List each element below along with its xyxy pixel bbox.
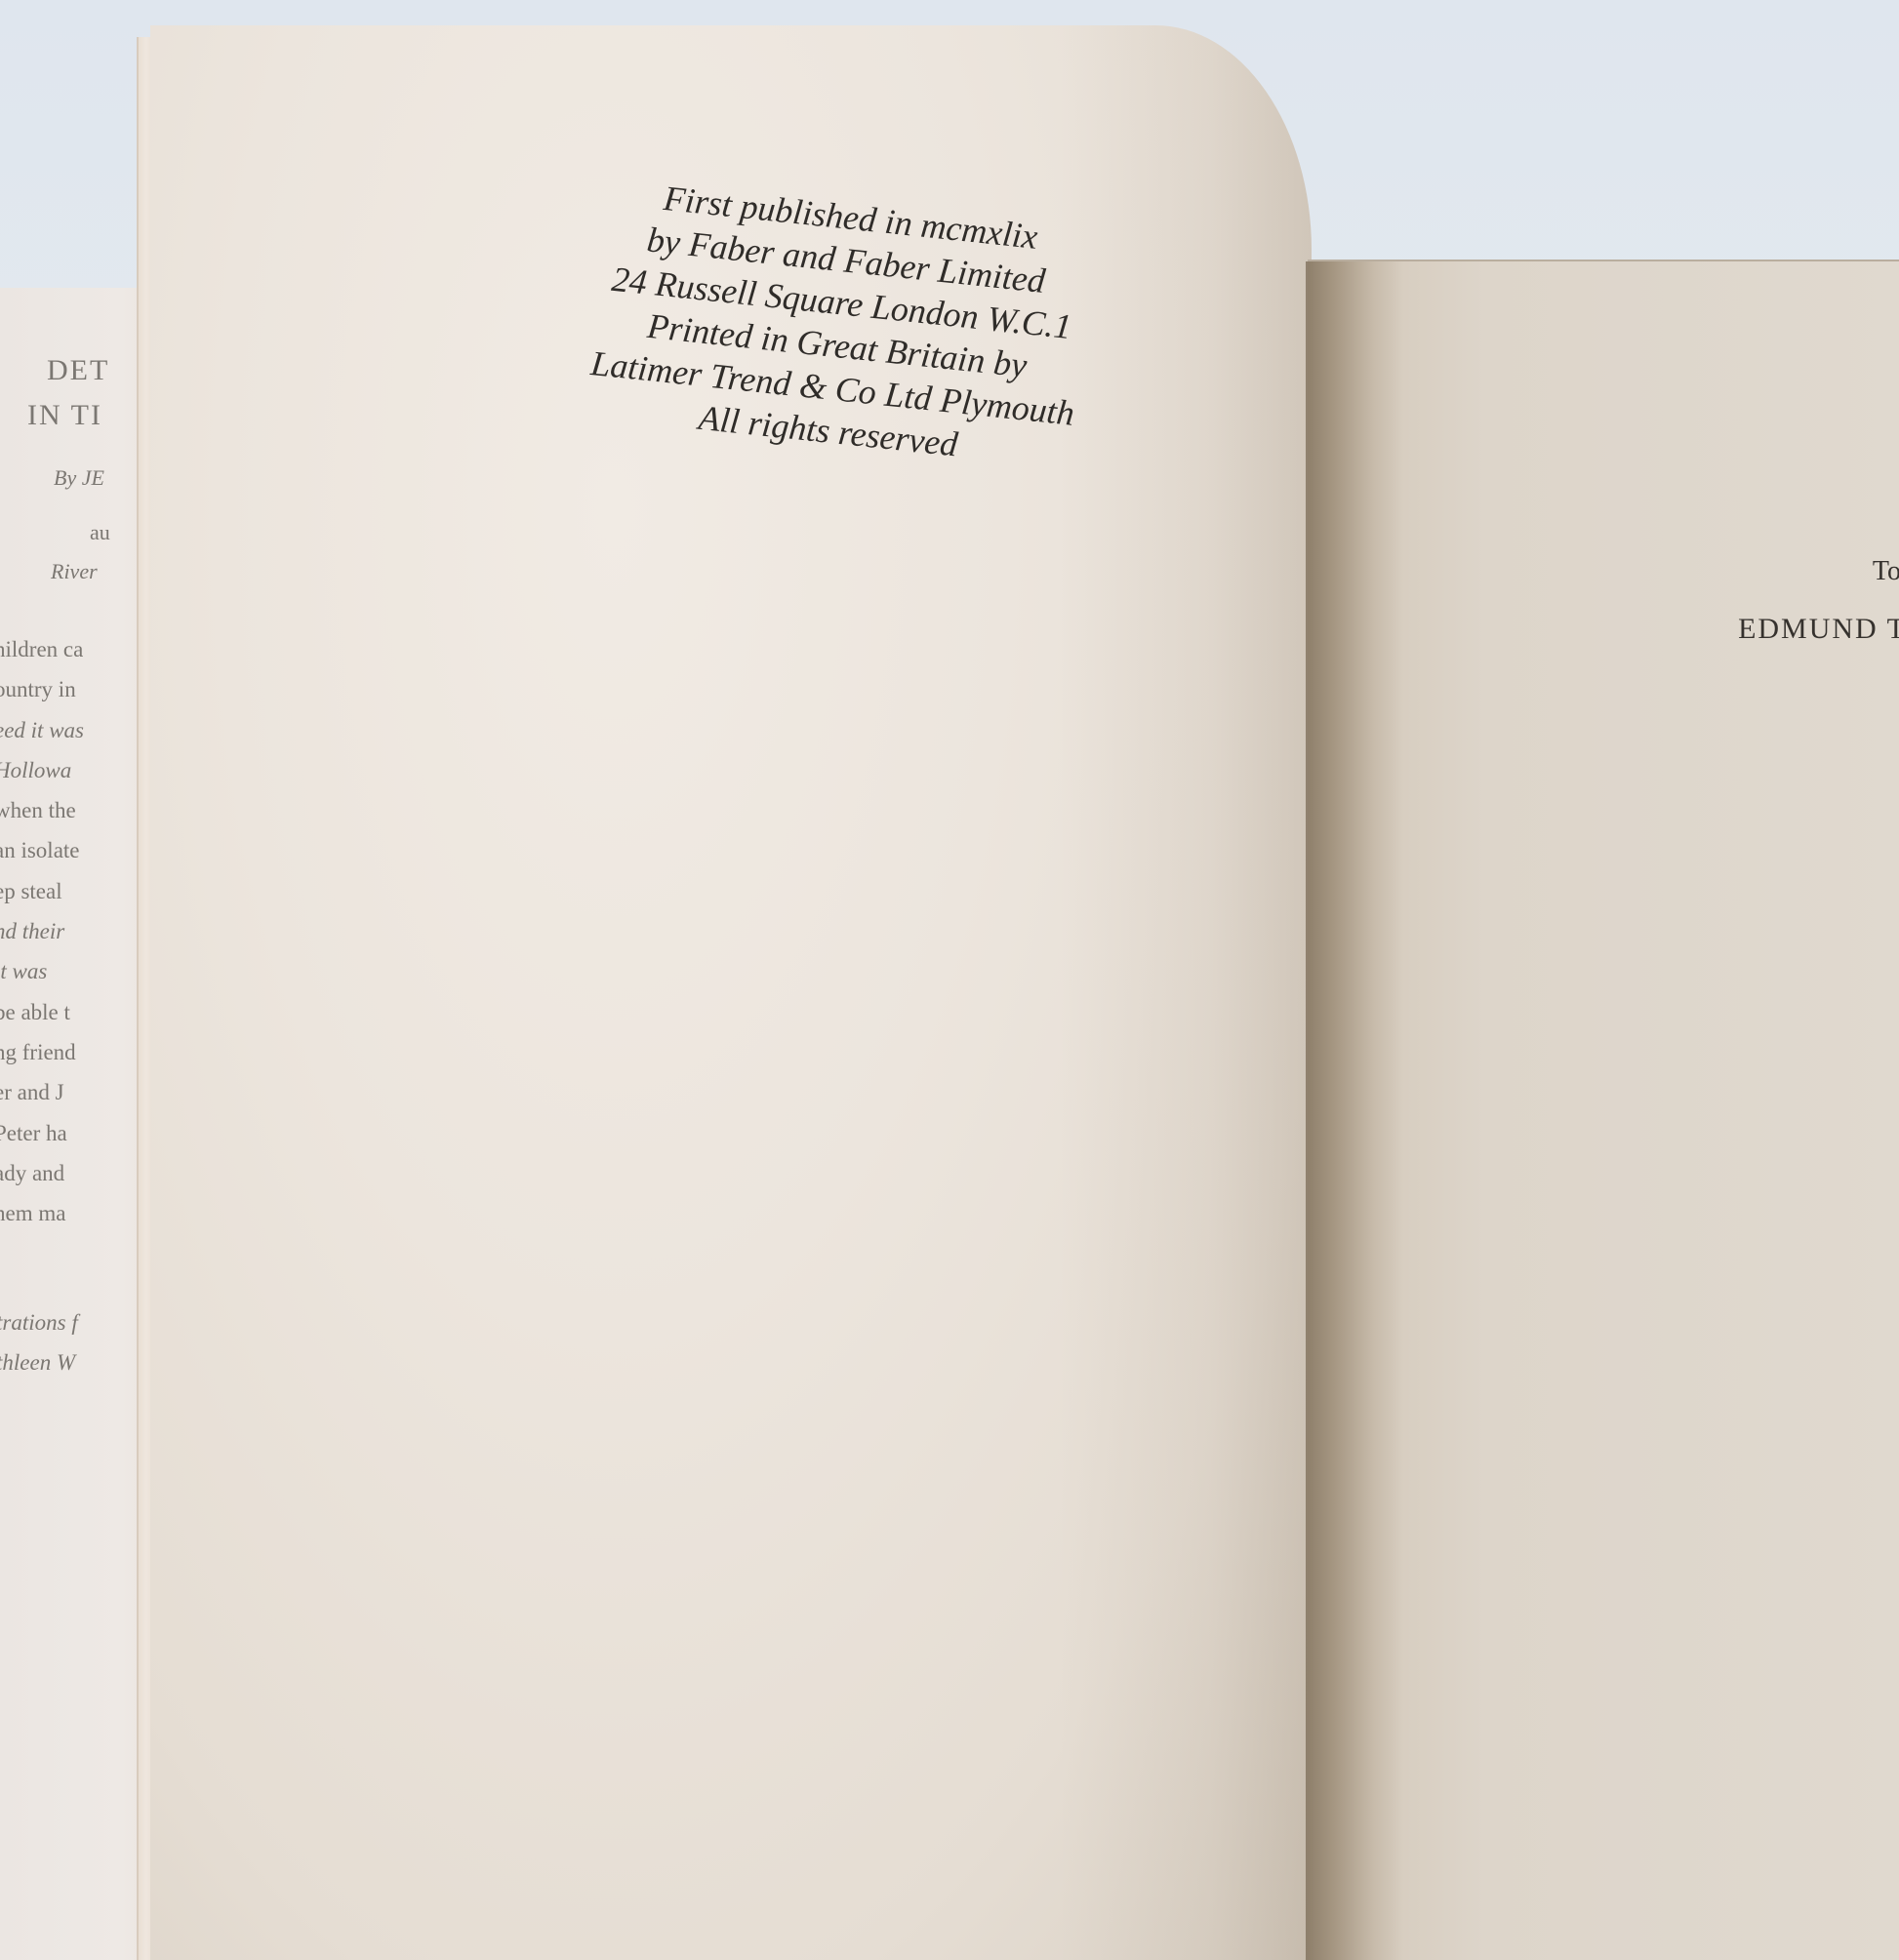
- colophon: First published in mcmxlix by Faber and …: [554, 168, 1125, 481]
- left-body-line: ep steal: [0, 871, 84, 911]
- left-body-line: Peter ha: [0, 1113, 84, 1153]
- left-body-line: hildren ca: [0, 629, 84, 669]
- left-credit: trations f thleen W: [0, 1302, 78, 1382]
- left-body-line: ountry in: [0, 669, 84, 709]
- left-body-line: er and J: [0, 1072, 84, 1112]
- left-body-line: ady and: [0, 1153, 84, 1193]
- left-body-line: Hollowa: [0, 750, 84, 790]
- left-body-line: eed it was: [0, 710, 84, 750]
- left-line-river: River: [51, 559, 98, 584]
- copyright-page-wrap: First published in mcmxlix by Faber and …: [94, 25, 1313, 1960]
- left-body-line: nd their: [0, 911, 84, 951]
- left-body-line: it was: [0, 951, 84, 991]
- left-body-line: ng friend: [0, 1032, 84, 1072]
- left-credit-line: trations f: [0, 1302, 78, 1342]
- left-body-line: an isolate: [0, 830, 84, 870]
- left-body-text: hildren ca ountry in eed it was Hollowa …: [0, 629, 84, 1233]
- dedication-to: To: [1873, 556, 1899, 587]
- left-title-line-2: IN TI: [27, 399, 102, 432]
- copyright-page: First published in mcmxlix by Faber and …: [150, 25, 1312, 1960]
- left-body-line: be able t: [0, 992, 84, 1032]
- dedication-name: EDMUND TI: [1738, 613, 1899, 646]
- left-credit-line: thleen W: [0, 1342, 78, 1382]
- left-body-line: when the: [0, 790, 84, 830]
- book-photo: DET IN TI By JE au River hildren ca ount…: [0, 0, 1899, 1960]
- book-gutter-shadow: [1306, 261, 1403, 1960]
- left-body-line: hem ma: [0, 1193, 84, 1233]
